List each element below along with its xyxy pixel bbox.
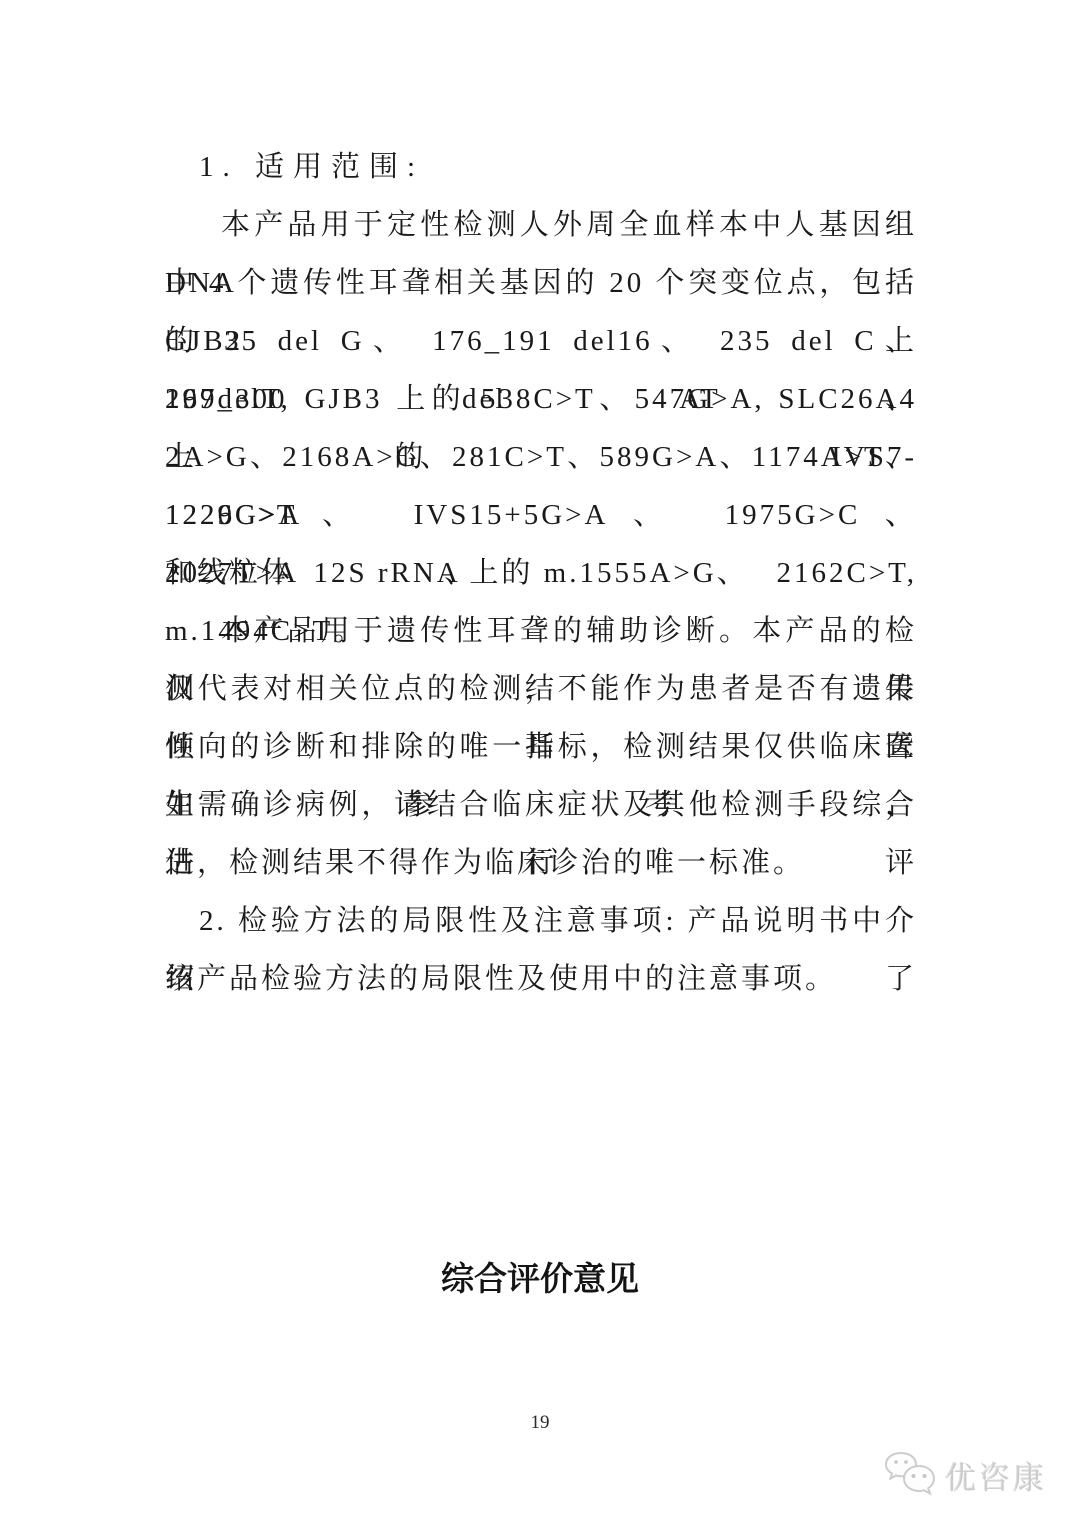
paragraph-1-line: 1229C>T、 IVS15+5G>A、 1975G>C、 2027T>A、 2… (165, 486, 917, 544)
paragraph-1-line: 2A>G、2168A>G、281C>T、589G>A、1174A>T、1226G… (165, 428, 917, 486)
paragraph-2-line: 仅代表对相关位点的检测，不能作为患者是否有遗传性耳聋 (165, 660, 917, 718)
paragraph-2-line: 如需确诊病例，请结合临床症状及其他检测手段综合进行评 (165, 776, 917, 834)
document-body: 1. 适用范围: 本产品用于定性检测人外周全血样本中人基因组 DNA 中 4 个… (165, 138, 917, 1008)
paragraph-1-line: 的 35 del G、 176_191 del16、 235 del C、 29… (165, 312, 917, 370)
document-page: 1. 适用范围: 本产品用于定性检测人外周全血样本中人基因组 DNA 中 4 个… (0, 0, 1080, 1528)
watermark: 优咨康 (883, 1450, 1047, 1500)
overall-evaluation-heading: 综合评价意见 (0, 1258, 1080, 1302)
paragraph-1-line: 本产品用于定性检测人外周全血样本中人基因组 DNA (165, 196, 917, 254)
paragraph-2-line: 本产品用于遗传性耳聋的辅助诊断。本产品的检测结果 (165, 602, 917, 660)
paragraph-2-line: 倾向的诊断和排除的唯一指标，检测结果仅供临床医生参考， (165, 718, 917, 776)
paragraph-1-line: 中 4 个遗传性耳聋相关基因的 20 个突变位点，包括 GJB2 上 (165, 254, 917, 312)
wechat-logo-icon (883, 1450, 937, 1500)
paragraph-1-line: 167delT, GJB3 上的 538C>T、547G>A, SLC26A4 … (165, 370, 917, 428)
page-number: 19 (0, 1412, 1080, 1434)
section-1-heading: 1. 适用范围: (165, 138, 917, 196)
watermark-brand-text: 优咨康 (945, 1453, 1047, 1498)
paragraph-2-line: 估，检测结果不得作为临床诊治的唯一标准。 (165, 834, 917, 892)
section-2-line: 该产品检验方法的局限性及使用中的注意事项。 (165, 950, 917, 1008)
section-2-line: 2. 检验方法的局限性及注意事项: 产品说明书中介绍了 (165, 892, 917, 950)
